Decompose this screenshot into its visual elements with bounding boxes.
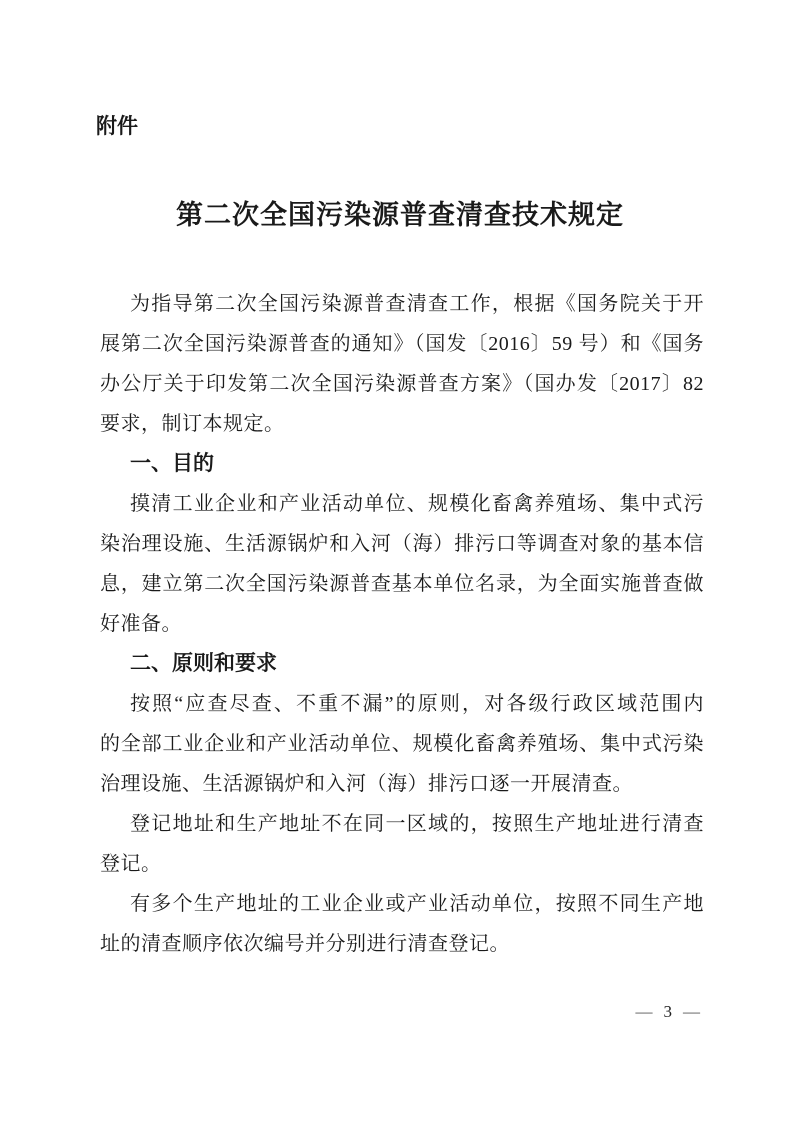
paragraph-line: 登记。 (100, 844, 704, 884)
document-title: 第二次全国污染源普查清查技术规定 (0, 199, 800, 232)
footer-dash-right: — (683, 1001, 700, 1023)
paragraph-line: 为指导第二次全国污染源普查清查工作，根据《国务院关于开 (100, 284, 704, 324)
paragraph-line: 有多个生产地址的工业企业或产业活动单位，按照不同生产地 (100, 884, 704, 924)
footer-dash-left: — (636, 1001, 653, 1023)
paragraph-line: 办公厅关于印发第二次全国污染源普查方案》（国办发〔2017〕82 号） (100, 364, 704, 404)
paragraph-line: 展第二次全国污染源普查的通知》（国发〔2016〕59 号）和《国务院 (100, 324, 704, 364)
paragraph-line: 好准备。 (100, 604, 704, 644)
paragraph-line: 的全部工业企业和产业活动单位、规模化畜禽养殖场、集中式污染 (100, 724, 704, 764)
document-page: 附件 第二次全国污染源普查清查技术规定 为指导第二次全国污染源普查清查工作，根据… (0, 0, 800, 1131)
section-heading-purpose: 一、目的 (100, 444, 704, 484)
attachment-label: 附件 (96, 112, 138, 142)
paragraph-line: 治理设施、生活源锅炉和入河（海）排污口逐一开展清查。 (100, 764, 704, 804)
paragraph-line: 息，建立第二次全国污染源普查基本单位名录，为全面实施普查做 (100, 564, 704, 604)
paragraph-line: 按照“应查尽查、不重不漏”的原则，对各级行政区域范围内 (100, 684, 704, 724)
page-footer: — 3 — (636, 1001, 701, 1023)
section-heading-principles: 二、原则和要求 (100, 644, 704, 684)
paragraph-line: 登记地址和生产地址不在同一区域的，按照生产地址进行清查 (100, 804, 704, 844)
document-body: 为指导第二次全国污染源普查清查工作，根据《国务院关于开 展第二次全国污染源普查的… (100, 284, 704, 964)
page-number: 3 (664, 1001, 673, 1023)
paragraph-line: 摸清工业企业和产业活动单位、规模化畜禽养殖场、集中式污 (100, 484, 704, 524)
paragraph-line: 要求，制订本规定。 (100, 404, 704, 444)
paragraph-line: 址的清查顺序依次编号并分别进行清查登记。 (100, 924, 704, 964)
paragraph-line: 染治理设施、生活源锅炉和入河（海）排污口等调查对象的基本信 (100, 524, 704, 564)
